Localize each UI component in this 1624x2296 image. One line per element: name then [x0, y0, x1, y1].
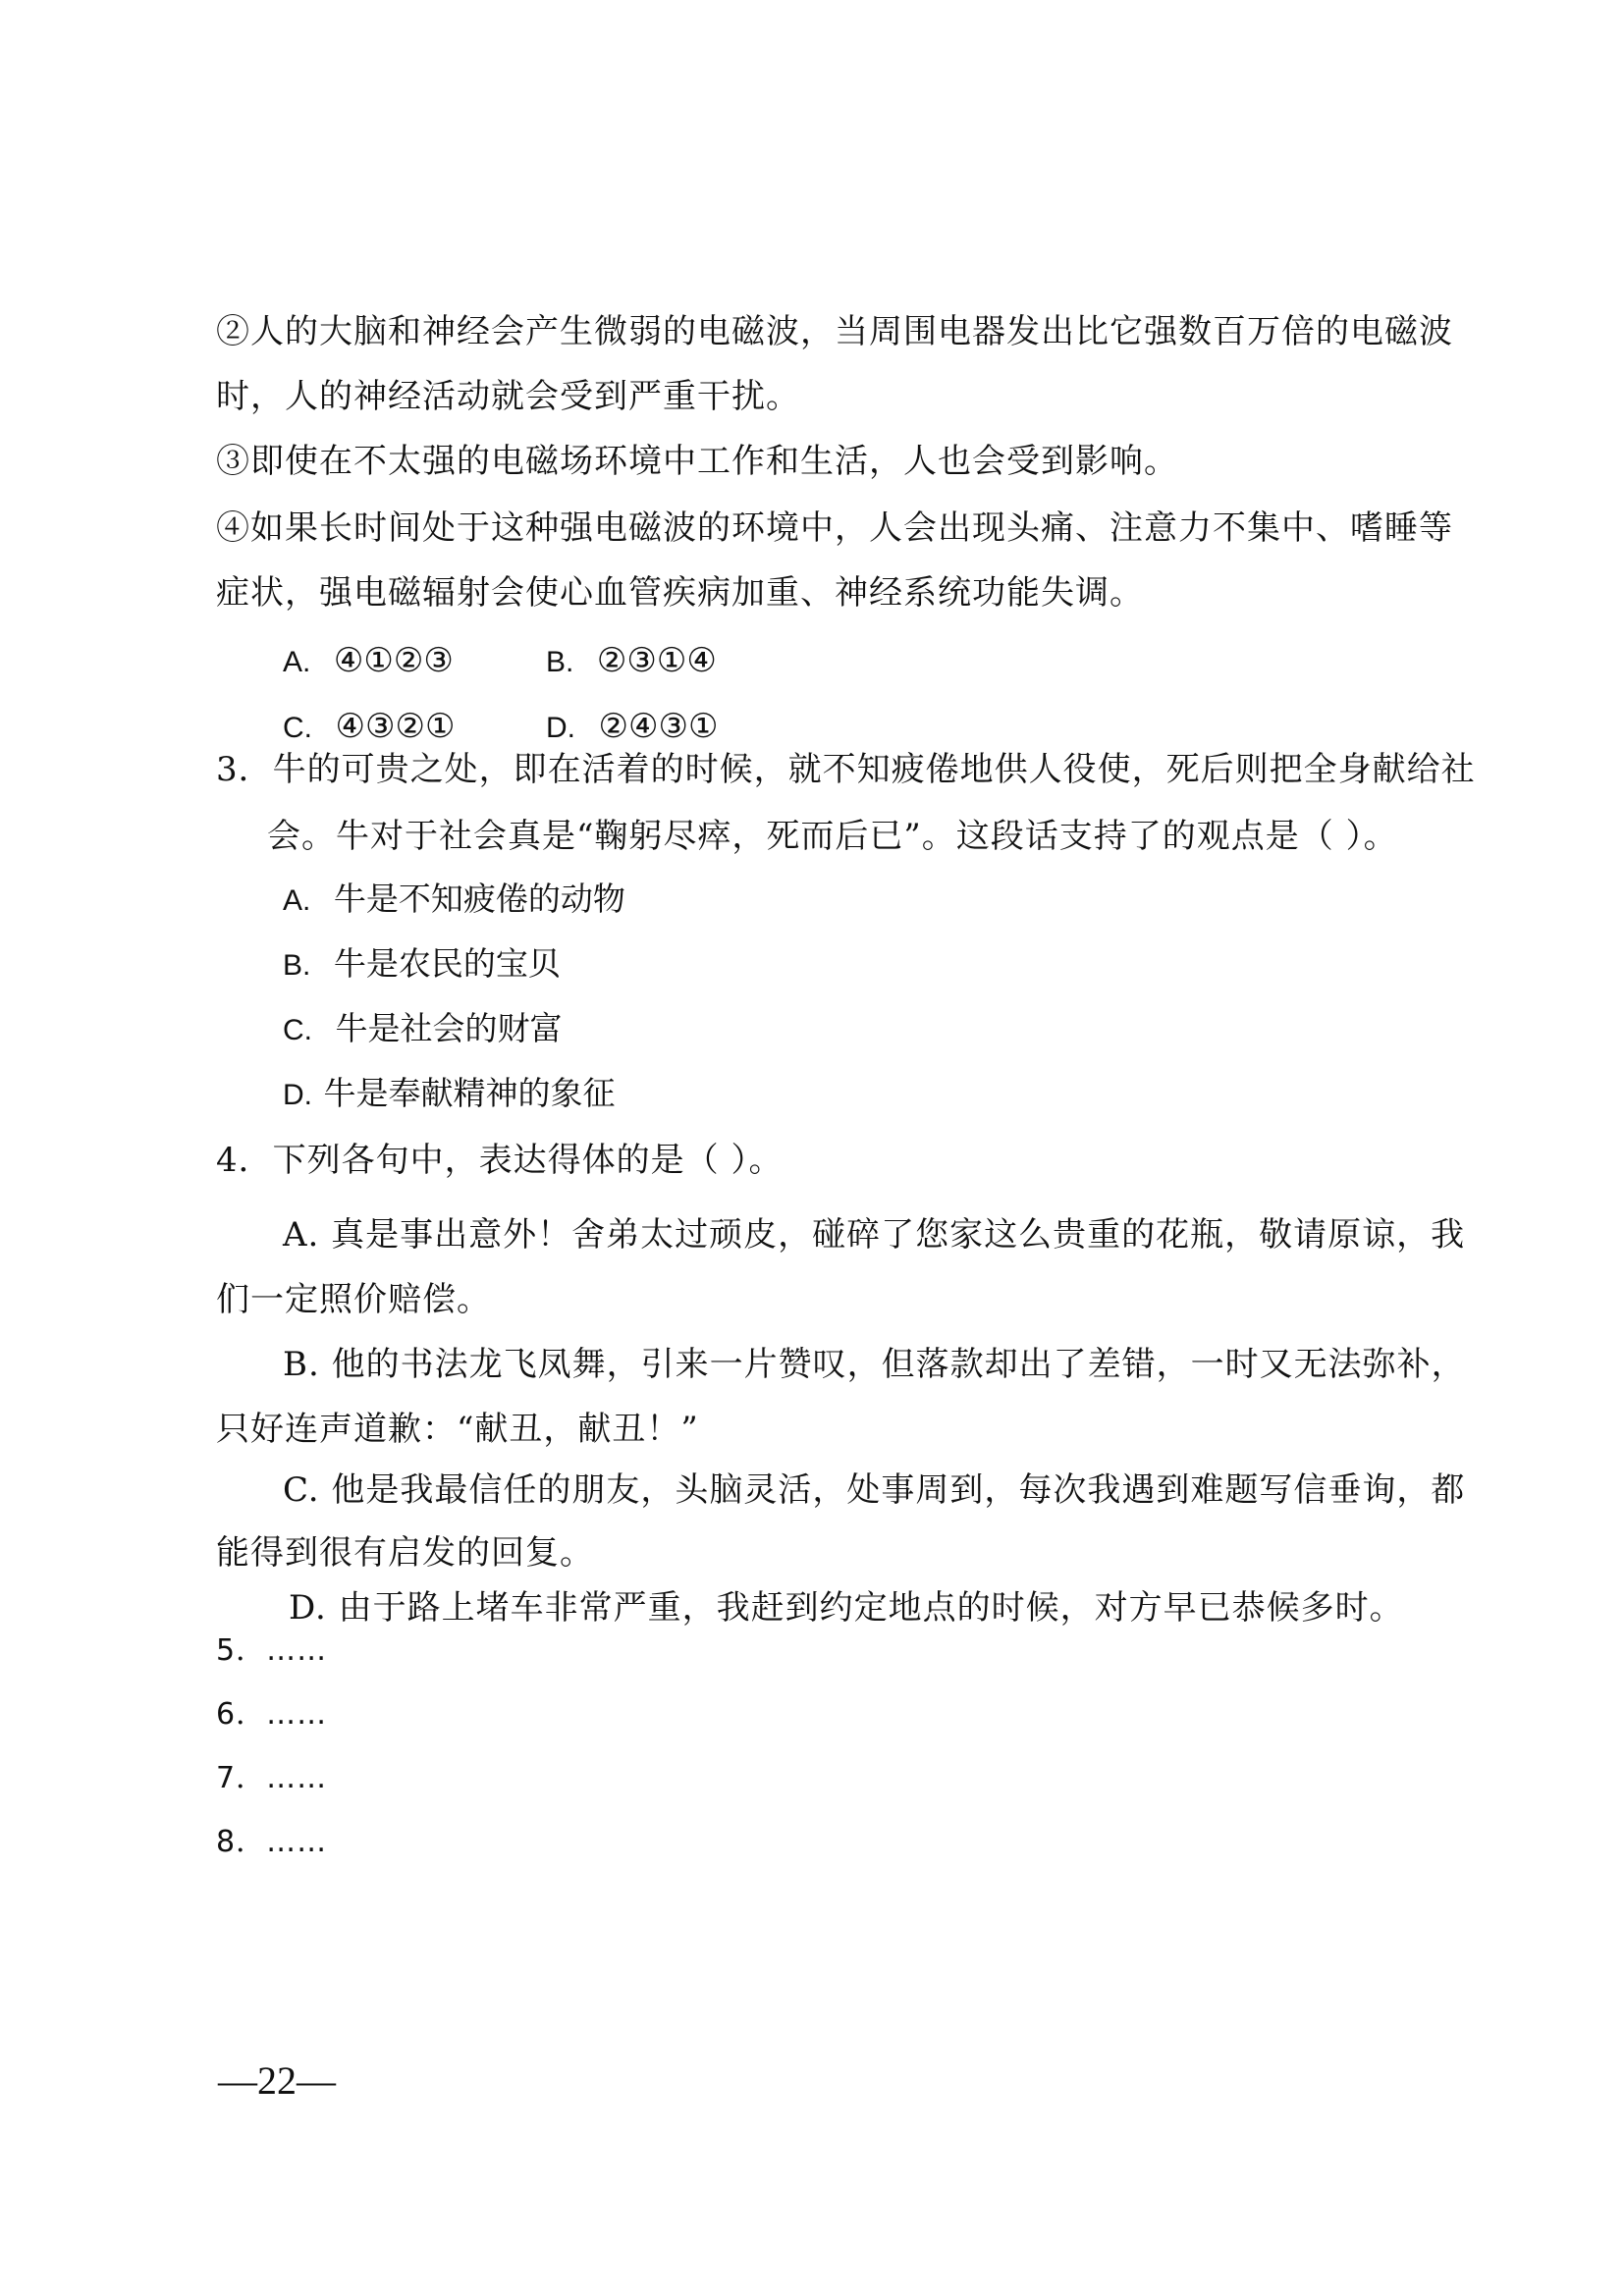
option-label: C. [283, 712, 312, 744]
q3-stem-line-1: 3．牛的可贵之处，即在活着的时候，就不知疲倦地供人役使，死后则把全身献给社 [216, 750, 1476, 789]
option-text: 牛是农民的宝贝 [334, 944, 561, 983]
option-label: B. [546, 646, 573, 678]
page-number: —22— [218, 2059, 336, 2103]
placeholder-question-6: 6．…… [216, 1695, 327, 1735]
option-value: ②③①④ [597, 641, 717, 680]
option-value: ④③②① [336, 707, 456, 746]
q2-option-d: D. ②④③① [546, 707, 718, 748]
option-label: A. [283, 884, 310, 917]
option-label: B. [283, 949, 310, 982]
q4-option-d: D. 由于路上堵车非常严重，我赶到约定地点的时候，对方早已恭候多时。 [289, 1588, 1404, 1628]
q4-option-c-line-2: 能得到很有启发的回复。 [216, 1533, 594, 1573]
q3-option-a: A. 牛是不知疲倦的动物 [283, 880, 625, 921]
q4-option-b-line-1: B. 他的书法龙飞凤舞，引来一片赞叹，但落款却出了差错，一时又无法弥补， [283, 1345, 1466, 1384]
q2-option-a: A. ④①②③ [283, 641, 454, 682]
passage-item-4-line-1: ④如果长时间处于这种强电磁波的环境中，人会出现头痛、注意力不集中、嗜睡等 [216, 508, 1453, 548]
option-label: D. [283, 1079, 312, 1111]
placeholder-question-7: 7．…… [216, 1759, 327, 1798]
q2-option-c: C. ④③②① [283, 707, 455, 748]
q4-option-a-line-2: 们一定照价赔偿。 [216, 1280, 491, 1319]
option-value: ②④③① [599, 707, 719, 746]
placeholder-question-8: 8．…… [216, 1823, 327, 1862]
q3-stem-line-2: 会。牛对于社会真是“鞠躬尽瘁，死而后已”。这段话支持了的观点是（ ）。 [267, 817, 1398, 856]
option-label: D. [546, 712, 575, 744]
q2-option-b: B. ②③①④ [546, 641, 717, 682]
placeholder-question-5: 5．…… [216, 1631, 327, 1671]
passage-item-2-line-2: 时，人的神经活动就会受到严重干扰。 [216, 377, 800, 416]
passage-item-2-line-1: ②人的大脑和神经会产生微弱的电磁波，当周围电器发出比它强数百万倍的电磁波 [216, 312, 1453, 351]
passage-item-3: ③即使在不太强的电磁场环境中工作和生活，人也会受到影响。 [216, 442, 1178, 481]
q4-option-a-line-1: A. 真是事出意外！舍弟太过顽皮，碰碎了您家这么贵重的花瓶，敬请原谅，我 [283, 1215, 1465, 1255]
q3-option-c: C. 牛是社会的财富 [283, 1009, 563, 1050]
q4-stem: 4．下列各句中，表达得体的是（ ）。 [216, 1141, 783, 1180]
passage-item-4-line-2: 症状，强电磁辐射会使心血管疾病加重、神经系统功能失调。 [216, 573, 1144, 613]
option-text: 牛是奉献精神的象征 [324, 1074, 616, 1112]
q3-option-b: B. 牛是农民的宝贝 [283, 944, 561, 986]
q4-option-c-line-1: C. 他是我最信任的朋友，头脑灵活，处事周到，每次我遇到难题写信垂询，都 [283, 1470, 1465, 1510]
option-label: C. [283, 1014, 312, 1046]
q4-option-b-line-2: 只好连声道歉：“献丑，献丑！” [216, 1410, 699, 1449]
option-text: 牛是不知疲倦的动物 [334, 880, 625, 918]
option-text: 牛是社会的财富 [336, 1009, 563, 1047]
q3-option-d: D. 牛是奉献精神的象征 [283, 1074, 616, 1115]
option-label: A. [283, 646, 310, 678]
option-value: ④①②③ [334, 641, 454, 680]
